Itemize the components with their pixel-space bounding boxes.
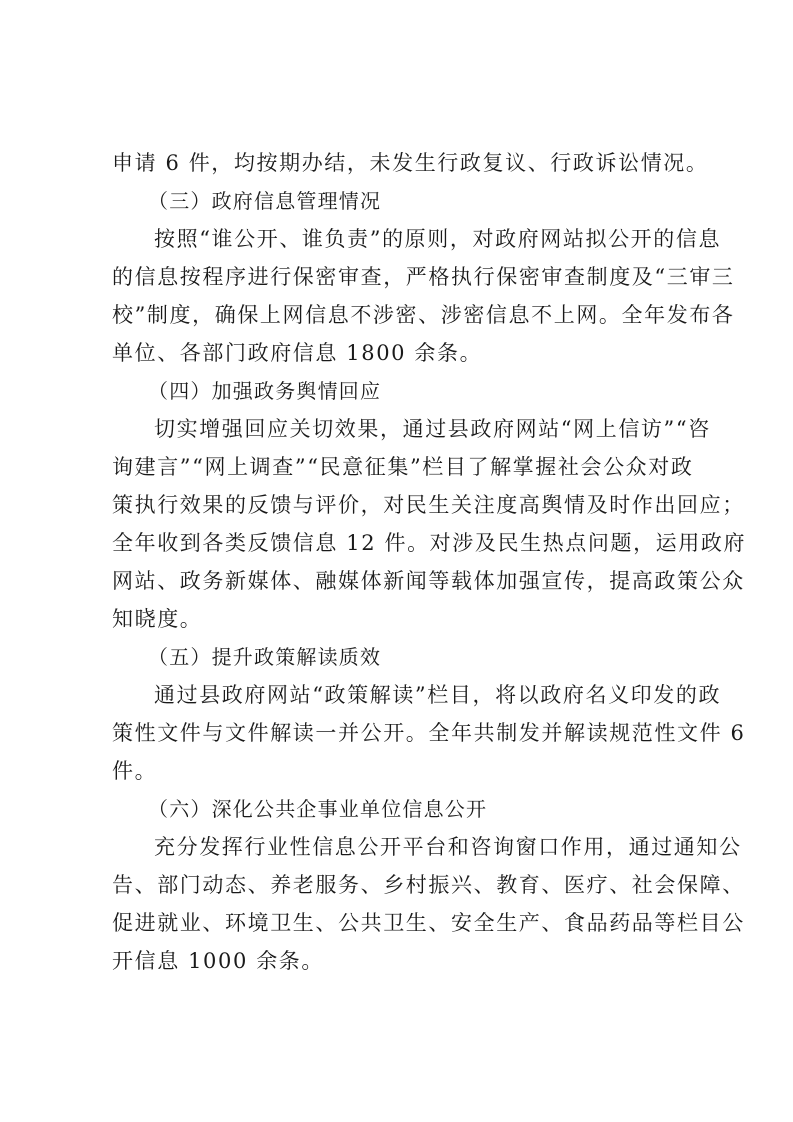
- section-heading-3: （三）政府信息管理情况: [148, 182, 381, 220]
- section-heading-4: （四）加强政务舆情回应: [148, 372, 381, 410]
- paragraph-line: 单位、各部门政府信息 1800 余条。: [112, 334, 684, 372]
- paragraph-line: 策执行效果的反馈与评价，对民生关注度高舆情及时作出回应；: [112, 486, 684, 524]
- paragraph-line: 网站、政务新媒体、融媒体新闻等载体加强宣传，提高政策公众: [112, 562, 684, 600]
- paragraph-line: 件。: [112, 752, 684, 790]
- paragraph-line: 开信息 1000 余条。: [112, 942, 684, 980]
- paragraph-line: 告、部门动态、养老服务、乡村振兴、教育、医疗、社会保障、: [112, 866, 684, 904]
- paragraph-line: 充分发挥行业性信息公开平台和咨询窗口作用，通过通知公: [154, 828, 684, 866]
- paragraph-line: 切实增强回应关切效果，通过县政府网站“网上信访”“咨: [154, 410, 684, 448]
- section-heading-5: （五）提升政策解读质效: [148, 638, 381, 676]
- paragraph-line: 询建言”“网上调查”“民意征集”栏目了解掌握社会公众对政: [112, 448, 684, 486]
- paragraph-line: 的信息按程序进行保密审查，严格执行保密审查制度及“三审三: [112, 258, 684, 296]
- paragraph-line: 策性文件与文件解读一并公开。全年共制发并解读规范性文件 6: [112, 714, 684, 752]
- paragraph-line: 申请 6 件，均按期办结，未发生行政复议、行政诉讼情况。: [112, 144, 684, 182]
- paragraph-line: 按照“谁公开、谁负责”的原则，对政府网站拟公开的信息: [154, 220, 684, 258]
- paragraph-line: 通过县政府网站“政策解读”栏目，将以政府名义印发的政: [154, 676, 684, 714]
- paragraph-line: 校”制度，确保上网信息不涉密、涉密信息不上网。全年发布各: [112, 296, 684, 334]
- paragraph-line: 全年收到各类反馈信息 12 件。对涉及民生热点问题，运用政府: [112, 524, 684, 562]
- paragraph-line: 促进就业、环境卫生、公共卫生、安全生产、食品药品等栏目公: [112, 904, 684, 942]
- paragraph-line: 知晓度。: [112, 600, 684, 638]
- section-heading-6: （六）深化公共企事业单位信息公开: [148, 790, 487, 828]
- document-page: 申请 6 件，均按期办结，未发生行政复议、行政诉讼情况。 （三）政府信息管理情况…: [0, 0, 793, 1122]
